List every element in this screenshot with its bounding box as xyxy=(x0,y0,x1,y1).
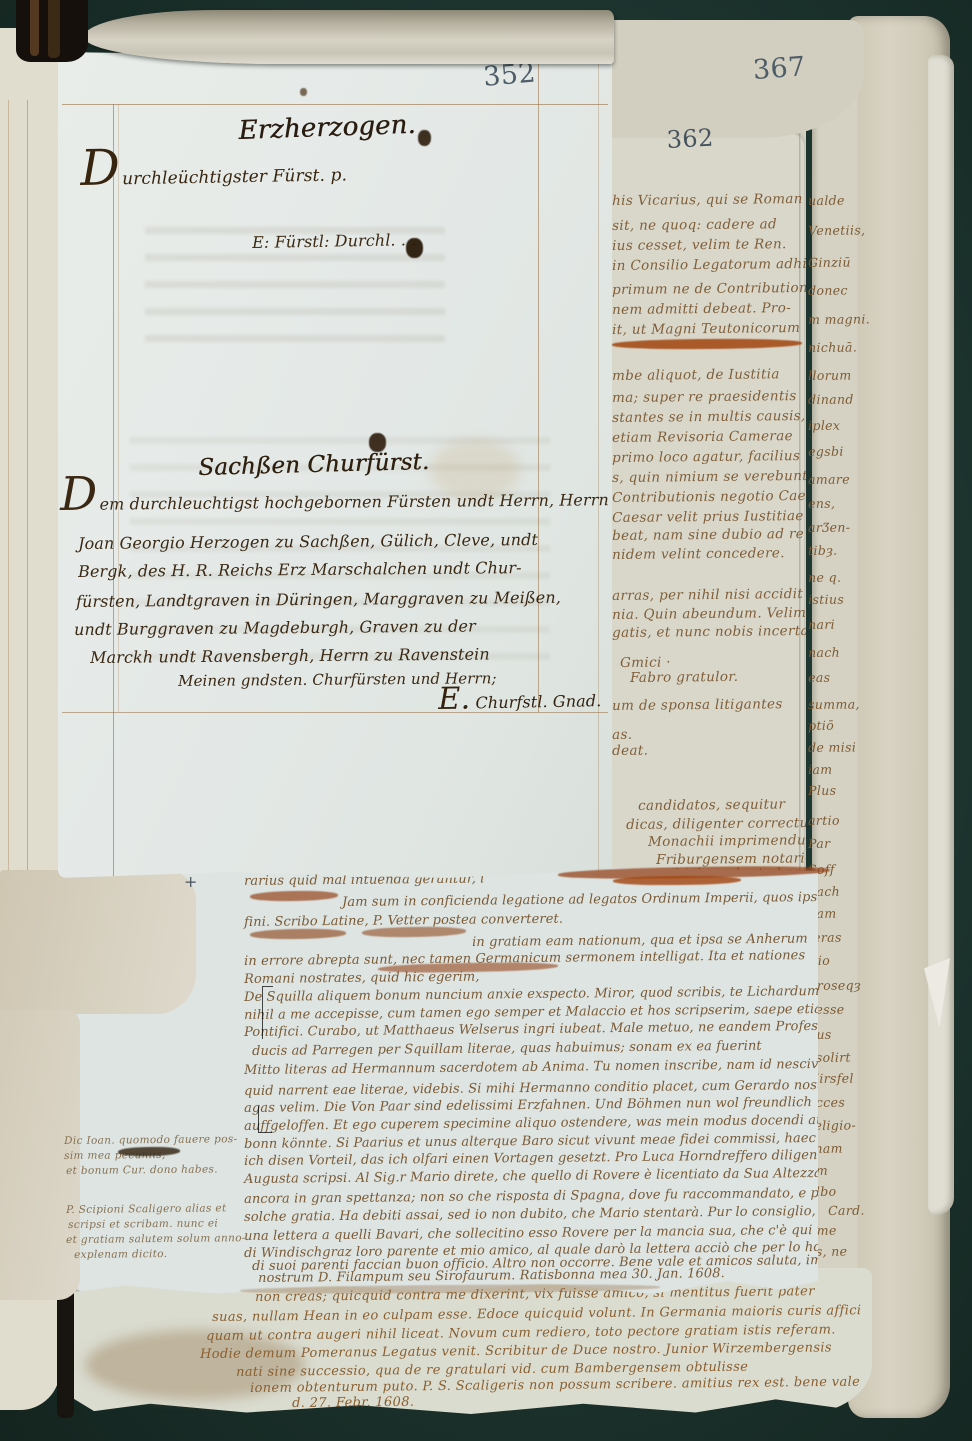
stained-under-sheet-lower xyxy=(0,1010,80,1300)
left-strip-rule-2 xyxy=(27,100,28,880)
binding-strap-2 xyxy=(48,0,60,58)
left-strip-rule-1 xyxy=(8,100,9,880)
folio-number-362: 362 xyxy=(666,124,714,154)
stained-under-sheet xyxy=(0,870,196,1014)
collation-cross-mark: + xyxy=(184,872,198,891)
right-page-inner-flap xyxy=(608,134,804,874)
archive-photo: ualdeVenetiis,Ginziūdonecm magni.nichuā.… xyxy=(0,0,972,1441)
edge-fragment-strip xyxy=(812,80,858,1310)
binding-strap xyxy=(30,0,39,56)
right-page-edge-sliver xyxy=(928,55,954,1215)
top-page-edge-band xyxy=(84,10,614,64)
right-page-top-flap xyxy=(604,20,864,138)
margin-bracket-lower xyxy=(258,1106,272,1133)
margin-bracket-upper xyxy=(262,986,273,1039)
main-manuscript-page xyxy=(58,52,612,878)
water-stain xyxy=(85,1330,305,1400)
folio-number-367: 367 xyxy=(752,51,807,86)
